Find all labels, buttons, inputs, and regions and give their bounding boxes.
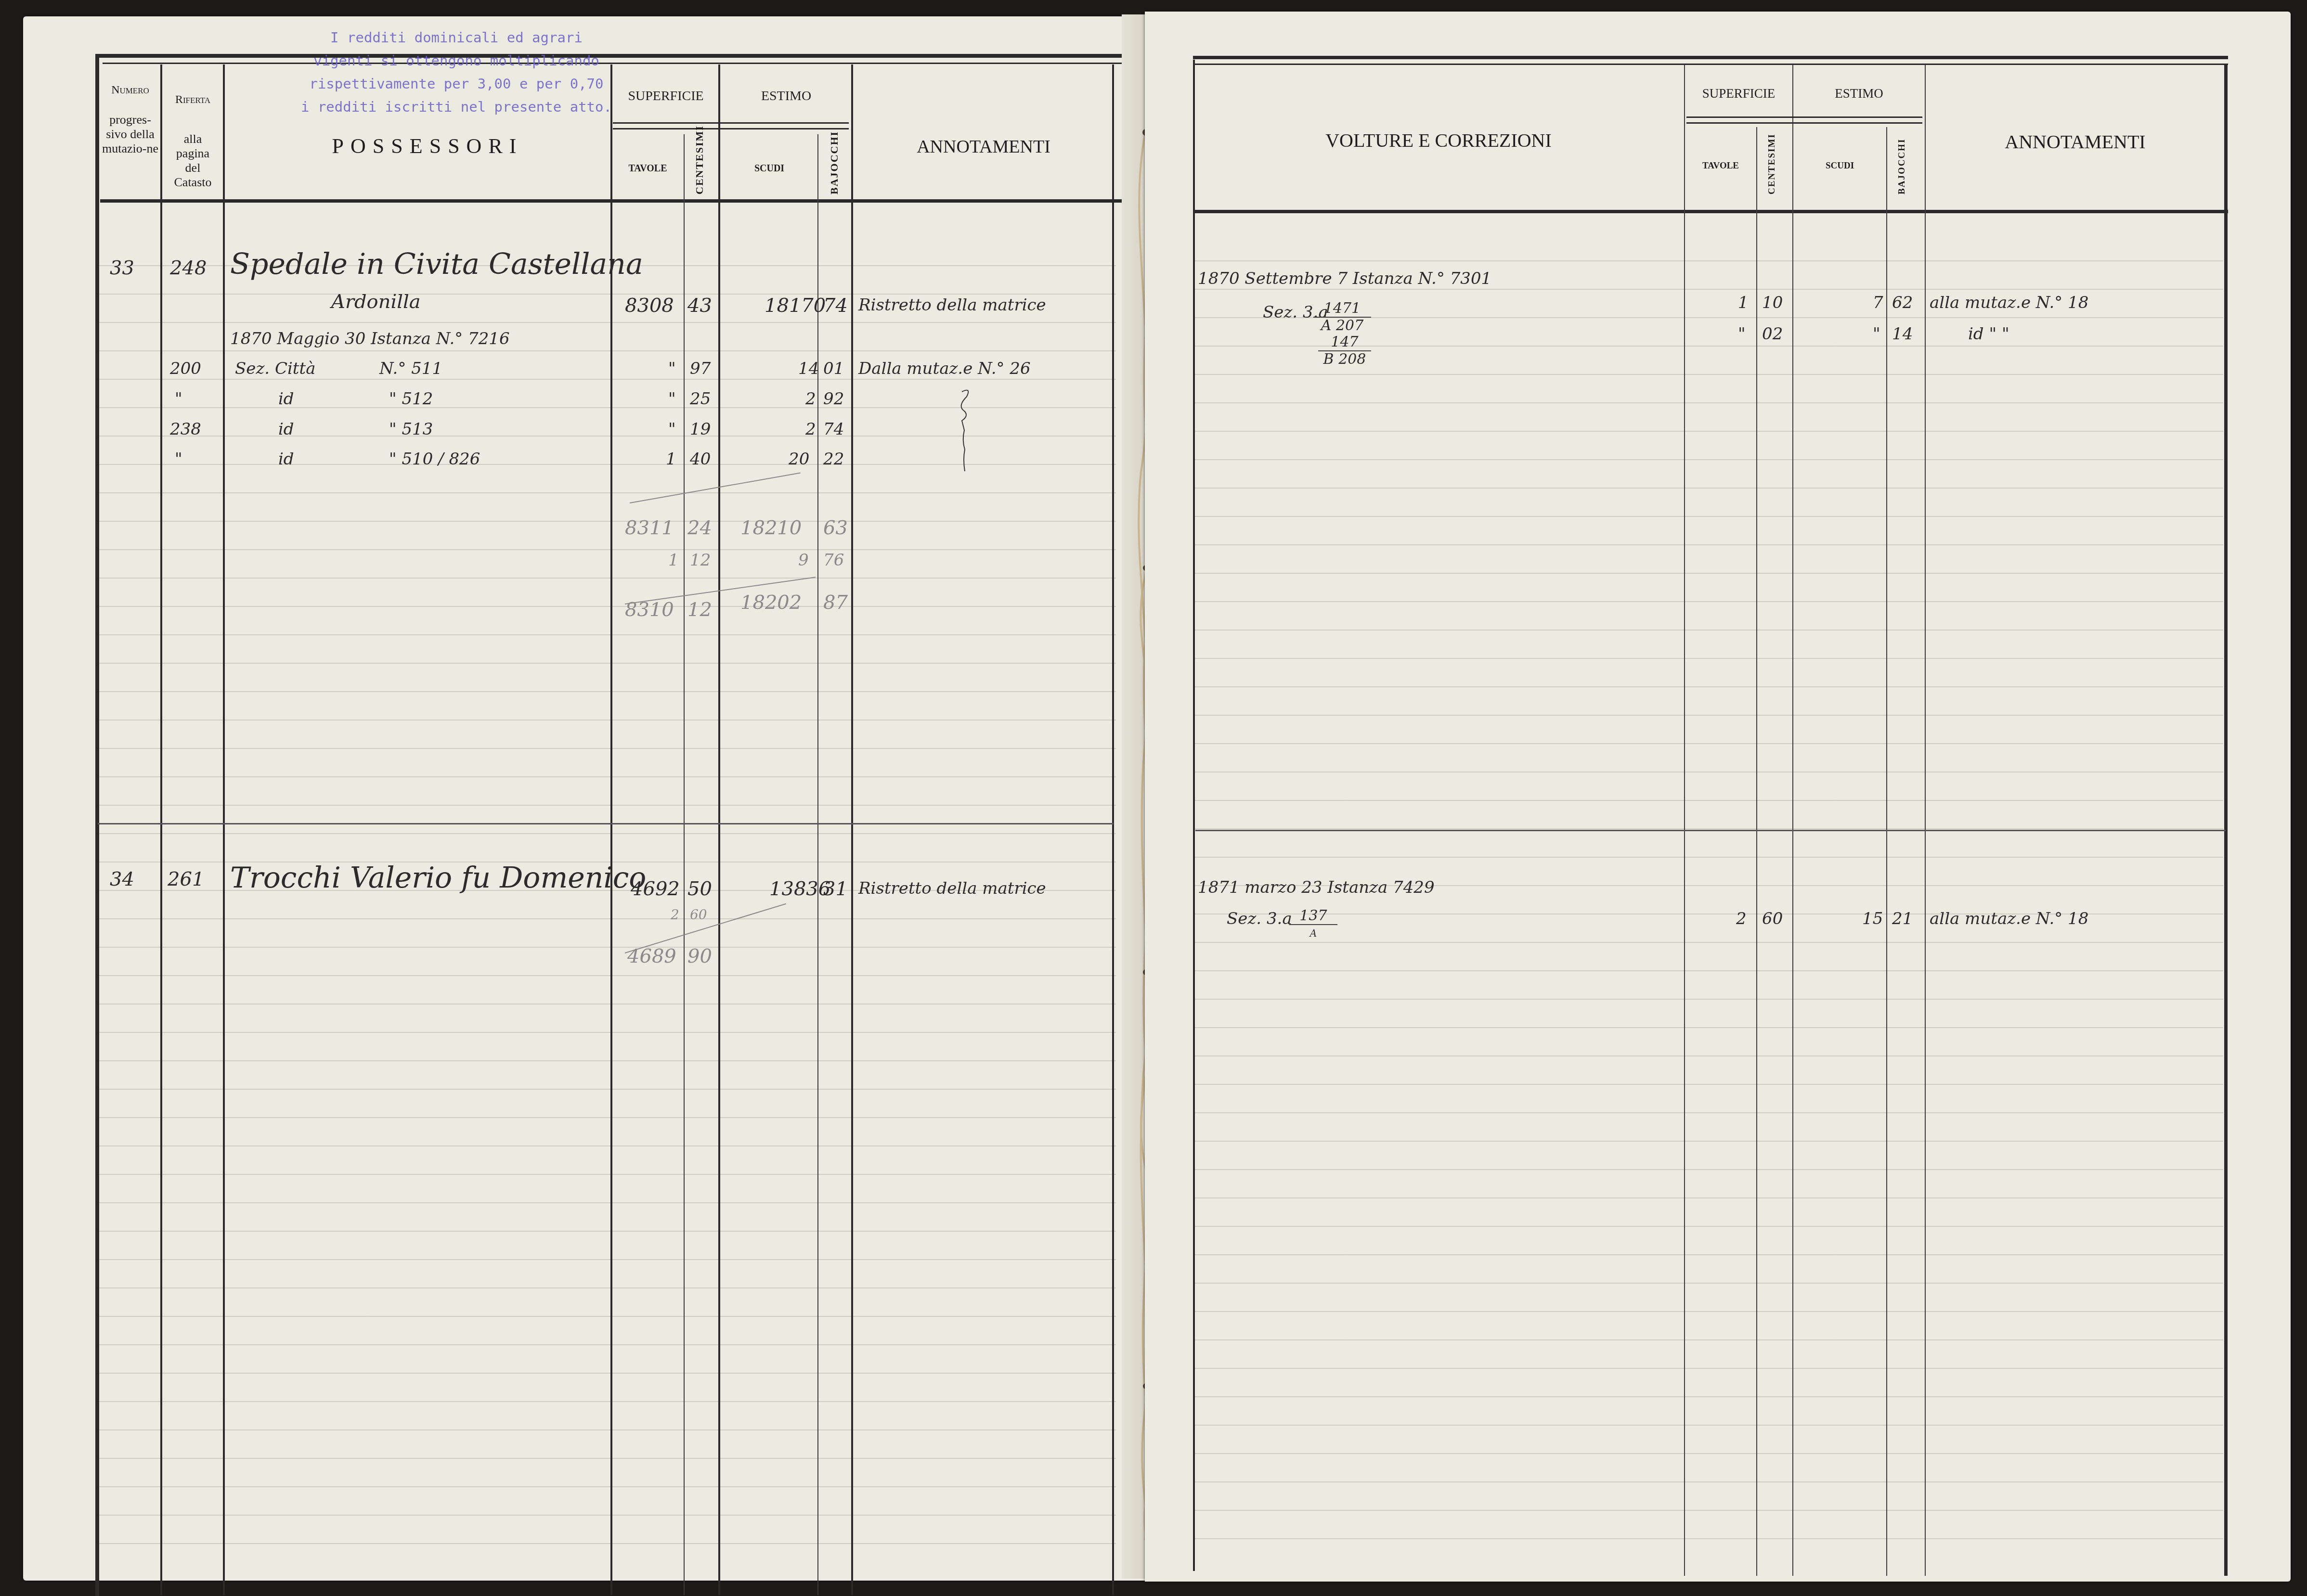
tavole: 1 (1738, 293, 1749, 312)
bajocchi: 76 (823, 551, 844, 570)
header-centesimi: CENTESIMI (1767, 142, 1777, 194)
col-divider (1886, 127, 1887, 1576)
centesimi: 12 (687, 599, 712, 621)
header-estimo: ESTIMO (721, 89, 851, 104)
header-volture: VOLTURE E CORREZIONI (1193, 129, 1684, 152)
header-annotamenti: ANNOTAMENTI (1927, 131, 2223, 153)
annotamento: alla mutaz.e N.° 18 (1930, 909, 2088, 928)
col-divider (1756, 127, 1757, 1576)
parcel-number: N.° 511 (379, 359, 442, 378)
subheader-rule (1686, 122, 1922, 124)
col-divider (1792, 64, 1793, 1576)
parcel-fraction: 137 A (1289, 908, 1337, 941)
subheader-rule (613, 122, 849, 124)
subheader-rule (1686, 116, 1922, 118)
top-rule (1193, 56, 2228, 59)
col-divider (1112, 64, 1114, 1595)
riferta: " (175, 389, 182, 409)
header-bottom-rule (1193, 210, 2228, 213)
left-page: Numero progres-sivo della mutazio-ne Rif… (23, 16, 1145, 1581)
bajocchi: 22 (823, 450, 844, 469)
tavole: " (668, 359, 676, 378)
possessore: Spedale in Civita Castellana (230, 247, 643, 281)
parcel-number: " 510 / 826 (389, 450, 480, 469)
header-riferta: Riferta (163, 93, 223, 107)
header-bajocchi: BAJOCCHI (1897, 142, 1907, 194)
tavole: " (668, 420, 676, 439)
col-divider (684, 134, 685, 1595)
possessore-line2: Ardonilla (331, 291, 421, 313)
bajocchi: 74 (823, 295, 848, 317)
annotamento: alla mutaz.e N.° 18 (1930, 293, 2088, 312)
col-divider (1684, 64, 1685, 1576)
scudi: 18170 (765, 295, 826, 317)
description: Sez. Città (235, 359, 315, 378)
entry-separator (98, 823, 1114, 824)
tavole: 1 (668, 551, 679, 570)
scudi: 13836 (769, 878, 830, 900)
tavole: " (668, 389, 676, 409)
description: id (278, 420, 294, 439)
col-divider (610, 64, 612, 1595)
parcel-number: " 512 (389, 389, 433, 409)
scudi: 18202 (740, 592, 802, 614)
riferta: 261 (168, 868, 204, 890)
centesimi: 60 (690, 907, 707, 923)
riferta: 248 (170, 257, 207, 279)
col-divider (1925, 64, 1926, 1576)
header-numero: Numero (100, 84, 160, 97)
header-estimo: ESTIMO (1793, 86, 1925, 101)
centesimi: 19 (690, 420, 711, 439)
stamp-line: i redditi iscritti nel presente atto. (293, 95, 620, 118)
annotamento: Ristretto della matrice (858, 296, 1046, 315)
annotamento: id " " (1968, 324, 2009, 344)
tavole: 2 (671, 907, 679, 923)
bajocchi: 31 (823, 878, 848, 900)
bajocchi: 01 (823, 359, 844, 378)
scudi: 9 (798, 551, 809, 570)
istanza-subheader: 1870 Maggio 30 Istanza N.° 7216 (230, 329, 510, 348)
parcel-fraction: 147 B 208 (1318, 334, 1371, 368)
centesimi: 60 (1762, 909, 1783, 928)
col-divider (1193, 60, 1195, 1571)
centesimi: 12 (690, 551, 711, 570)
centesimi: 97 (690, 359, 711, 378)
tavole: 2 (1736, 909, 1747, 928)
bajocchi: 14 (1892, 324, 1913, 344)
top-rule-thin (1193, 64, 2228, 65)
riferta: 200 (170, 359, 201, 378)
header-riferta-sub: alla pagina del Catasto (168, 132, 218, 190)
scudi: 20 (789, 450, 809, 469)
col-divider (817, 134, 818, 1595)
centesimi: 40 (690, 450, 711, 469)
header-annotamenti: ANNOTAMENTI (856, 137, 1111, 158)
fraction-numerator: 137 (1289, 908, 1337, 925)
bajocchi: 21 (1892, 909, 1913, 928)
bajocchi: 62 (1892, 293, 1913, 312)
numero: 34 (110, 868, 134, 890)
header-numero-sub: progres-sivo della mutazio-ne (100, 113, 160, 156)
tavole: 8310 (625, 599, 674, 621)
scudi: 14 (798, 359, 819, 378)
centesimi: 02 (1762, 324, 1783, 344)
numero: 33 (110, 257, 134, 279)
col-divider (2224, 64, 2228, 1576)
table-frame (95, 54, 1134, 1596)
bajocchi: 74 (823, 420, 844, 439)
parcel-number: " 513 (389, 420, 433, 439)
col-divider (851, 64, 853, 1595)
tavole: " (1738, 324, 1746, 344)
tavole: 1 (666, 450, 676, 469)
voltura-istanza: 1870 Settembre 7 Istanza N.° 7301 (1198, 269, 1491, 288)
col-divider (718, 64, 720, 1595)
header-superficie: SUPERFICIE (1685, 86, 1792, 101)
sezione: Sez. 3.a (1227, 909, 1292, 928)
centesimi: 50 (687, 878, 712, 900)
right-page: VOLTURE E CORREZIONI SUPERFICIE TAVOLE C… (1145, 12, 2291, 1582)
bajocchi: 63 (823, 517, 848, 539)
scudi: 2 (805, 389, 816, 409)
scudi: 2 (805, 420, 816, 439)
fraction-denominator: A 207 (1313, 318, 1371, 334)
entry-separator (1195, 830, 2226, 831)
annotamento: Dalla mutaz.e N.° 26 (858, 359, 1031, 378)
stamp-line: I redditi dominicali ed agrari (293, 26, 620, 49)
header-bajocchi: BAJOCCHI (828, 146, 841, 194)
possessore: Trocchi Valerio fu Domenico (230, 861, 646, 895)
centesimi: 90 (687, 945, 712, 967)
col-divider (160, 64, 162, 1595)
tavole: 8311 (625, 517, 674, 539)
stamp-line: rispettivamente per 3,00 e per 0,70 (293, 72, 620, 95)
centesimi: 43 (687, 295, 712, 317)
tavole: 4692 (631, 878, 680, 900)
parcel-fraction: 1471 A 207 (1313, 300, 1371, 334)
header-centesimi: CENTESIMI (693, 146, 706, 194)
signature-flourish-icon (952, 387, 981, 474)
voltura-istanza: 1871 marzo 23 Istanza 7429 (1198, 878, 1435, 897)
scudi: 18210 (740, 517, 802, 539)
centesimi: 25 (690, 389, 711, 409)
tavole: 4689 (627, 945, 676, 967)
bajocchi: 92 (823, 389, 844, 409)
redditi-stamp: I redditi dominicali ed agrari vigenti s… (293, 26, 620, 118)
bajocchi: 87 (823, 592, 848, 614)
header-tavole: TAVOLE (1685, 161, 1756, 171)
scudi: 7 (1873, 293, 1883, 312)
fraction-denominator: A (1289, 925, 1337, 941)
header-superficie: SUPERFICIE (613, 89, 719, 104)
fraction-denominator: B 208 (1318, 351, 1371, 368)
header-bottom-rule (100, 199, 1135, 203)
header-scudi: SCUDI (1793, 161, 1886, 171)
col-divider (223, 64, 225, 1595)
stamp-line: vigenti si ottengono moltiplicando (293, 49, 620, 72)
scudi: 15 (1862, 909, 1883, 928)
header-tavole: TAVOLE (613, 163, 683, 174)
description: id (278, 450, 294, 469)
scudi: " (1873, 324, 1880, 344)
fraction-numerator: 147 (1318, 334, 1371, 351)
annotamento: Ristretto della matrice (858, 879, 1046, 898)
tavole: 8308 (625, 295, 674, 317)
fraction-numerator: 1471 (1313, 300, 1371, 318)
riferta: 238 (170, 420, 201, 439)
centesimi: 10 (1762, 293, 1783, 312)
riferta: " (175, 450, 182, 469)
description: id (278, 389, 294, 409)
subheader-rule (613, 128, 849, 129)
centesimi: 24 (687, 517, 712, 539)
header-possessori: POSSESSORI (293, 134, 562, 159)
header-scudi: SCUDI (721, 163, 817, 174)
